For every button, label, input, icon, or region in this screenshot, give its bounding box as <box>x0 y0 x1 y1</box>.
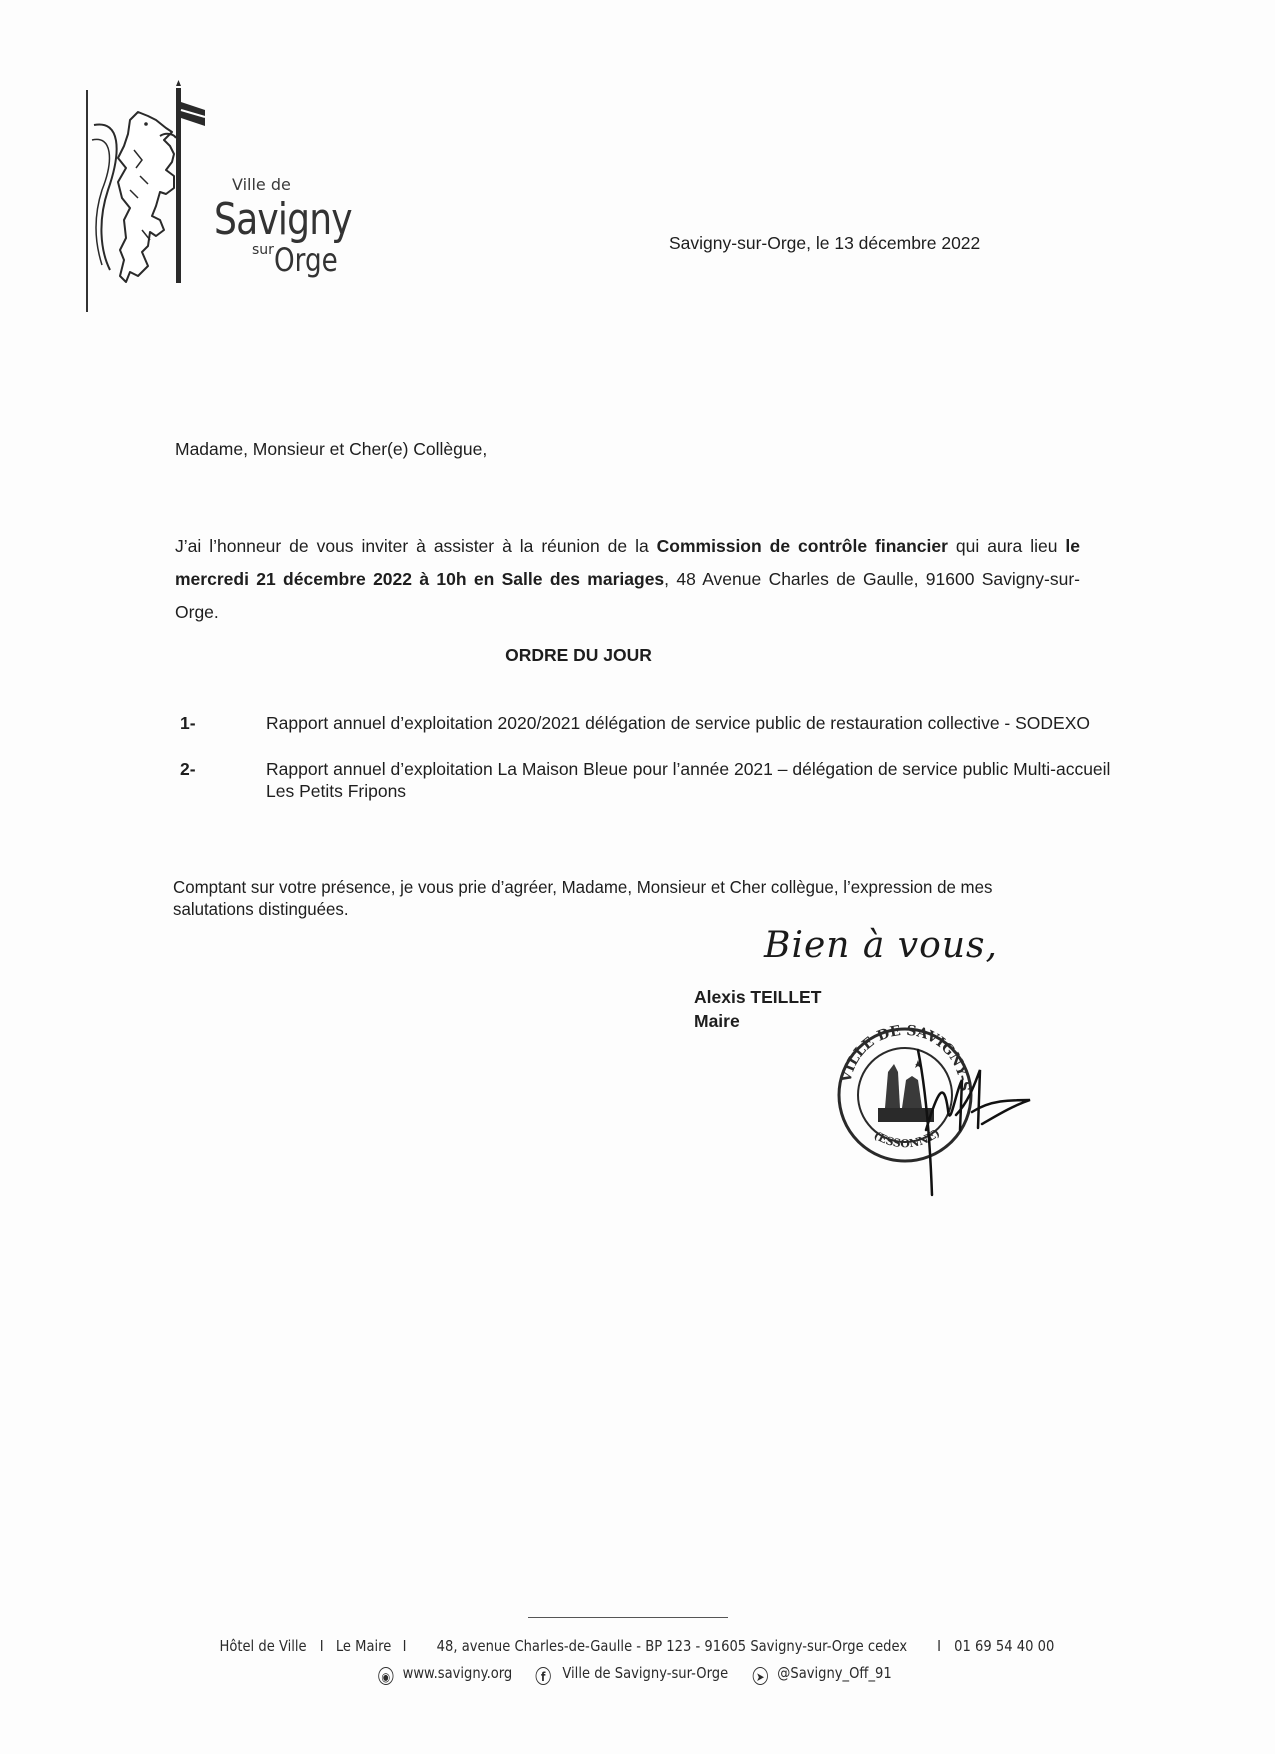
commission-name: Commission de contrôle financier <box>657 536 948 556</box>
letter-date: Savigny-sur-Orge, le 13 décembre 2022 <box>669 232 980 254</box>
city-logo: Ville de Savigny sur Orge <box>80 80 350 320</box>
footer-address-line: Hôtel de VilleILe MaireI48, avenue Charl… <box>0 1637 1275 1655</box>
invitation-paragraph: J’ai l’honneur de vous inviter à assiste… <box>175 530 1080 629</box>
footer-facebook[interactable]: Ville de Savigny-sur-Orge <box>562 1664 728 1682</box>
invitation-text-1: J’ai l’honneur de vous inviter à assiste… <box>175 536 657 556</box>
agenda-title: ORDRE DU JOUR <box>0 645 1275 666</box>
svg-text:(ESSONNE): (ESSONNE) <box>871 1126 942 1150</box>
twitter-icon: ➤ <box>753 1667 768 1685</box>
seal-bottom-text: (ESSONNE) <box>871 1126 942 1150</box>
city-seal-icon: VILLE DE SAVIGNY-SUR-ORGE (ESSONNE) <box>830 1020 1060 1210</box>
facebook-icon: f <box>535 1667 550 1685</box>
agenda-item-text: Rapport annuel d’exploitation La Maison … <box>266 758 1126 802</box>
agenda-item-number: 1- <box>180 712 196 734</box>
handwritten-note: Bien à vous, <box>764 925 998 966</box>
footer-twitter[interactable]: @Savigny_Off_91 <box>778 1664 892 1682</box>
agenda-item-number: 2- <box>180 758 196 780</box>
signer-title: Maire <box>694 1011 740 1032</box>
logo-vertical-rule <box>86 90 88 312</box>
logo-ville-de: Ville de <box>232 175 291 194</box>
invitation-text-2: qui aura lieu <box>948 536 1065 556</box>
footer-contact-line: ◉www.savigny.org fVille de Savigny-sur-O… <box>0 1664 1275 1685</box>
logo-savigny: Savigny <box>214 194 352 245</box>
logo-sur: sur <box>252 242 274 258</box>
lion-emblem-icon <box>90 80 220 320</box>
footer-divider <box>528 1617 728 1618</box>
footer-maire: Le Maire <box>336 1637 392 1655</box>
signer-name: Alexis TEILLET <box>694 987 821 1008</box>
closing-paragraph: Comptant sur votre présence, je vous pri… <box>173 876 1061 920</box>
salutation: Madame, Monsieur et Cher(e) Collègue, <box>175 438 487 460</box>
logo-orge: Orge <box>274 241 338 279</box>
globe-icon: ◉ <box>378 1667 393 1685</box>
agenda-item-text: Rapport annuel d’exploitation 2020/2021 … <box>266 712 1126 734</box>
official-seal: VILLE DE SAVIGNY-SUR-ORGE (ESSONNE) <box>830 1020 1060 1210</box>
footer-website[interactable]: www.savigny.org <box>403 1664 513 1682</box>
footer-phone: 01 69 54 40 00 <box>955 1637 1055 1655</box>
footer-hotel: Hôtel de Ville <box>220 1637 307 1655</box>
footer-address: 48, avenue Charles-de-Gaulle - BP 123 - … <box>437 1637 907 1655</box>
